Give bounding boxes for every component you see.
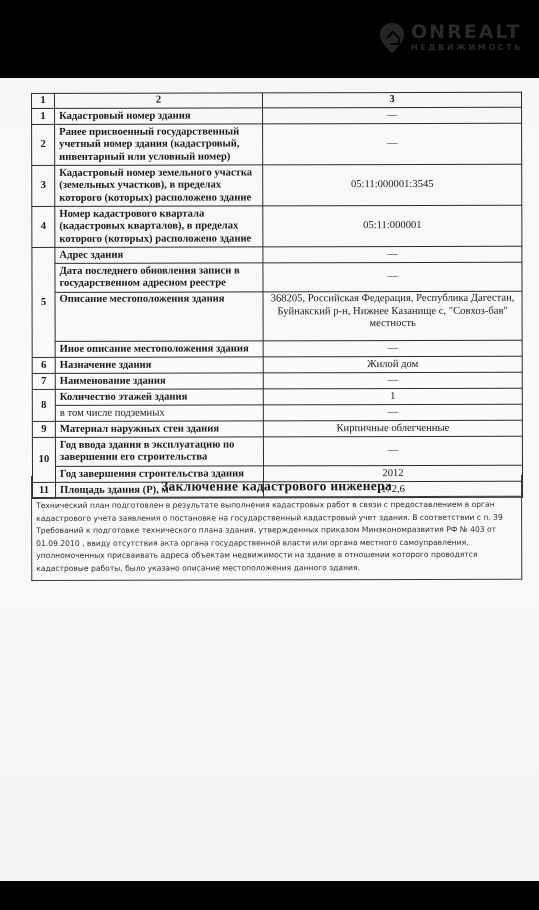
watermark-brand: ONREALT	[411, 22, 523, 42]
row-number: 2	[32, 125, 55, 166]
row-number: 9	[32, 422, 55, 438]
table-row: 9Материал наружных стен зданияКирпичные …	[32, 421, 522, 438]
table-row: 8Количество этажей здания1	[32, 389, 522, 406]
row-number: 4	[32, 207, 55, 248]
row-label: в том числе подземных	[55, 405, 263, 422]
row-label: Наименование здания	[55, 373, 263, 390]
row-label: Год ввода здания в эксплуатацию по завер…	[55, 437, 263, 467]
row-value: Кирпичные облегченные	[263, 421, 522, 438]
bleed-through-text	[60, 618, 63, 629]
row-value: —	[263, 263, 522, 293]
row-label: Кадастровый номер земельного участка (зе…	[55, 165, 263, 207]
row-label: Материал наружных стен здания	[55, 421, 263, 438]
table-row: Дата последнего обновления записи в госу…	[32, 263, 522, 293]
table-row: 1Кадастровый номер здания—	[32, 108, 522, 125]
row-label: Кадастровый номер здания	[55, 108, 263, 125]
row-value: —	[263, 405, 522, 422]
conclusion-title: Заключение кадастрового инженера	[32, 475, 521, 498]
watermark-logo: ONREALT НЕДВИЖИМОСТЬ	[379, 18, 523, 58]
row-value: —	[263, 108, 522, 125]
table-header-cell: 3	[263, 92, 522, 108]
row-label: Адрес здания	[55, 247, 263, 264]
table-row: 4Номер кадастрового квартала (кадастровы…	[32, 206, 522, 248]
row-value: —	[263, 373, 522, 390]
row-label: Ранее присвоенный государственный учетны…	[55, 124, 263, 166]
document-page: 1231Кадастровый номер здания—2Ранее прис…	[0, 78, 539, 881]
bottom-bar	[0, 881, 539, 910]
table-row: 7Наименование здания—	[32, 373, 522, 390]
row-label: Количество этажей здания	[55, 389, 263, 406]
row-value: 368205, Российская Федерация, Республика…	[263, 292, 522, 342]
building-data-table: 1231Кадастровый номер здания—2Ранее прис…	[31, 92, 523, 500]
house-pin-icon	[379, 22, 405, 54]
table-row: 6Назначение зданияЖилой дом	[32, 357, 522, 374]
top-bar: ONREALT НЕДВИЖИМОСТЬ	[0, 0, 539, 78]
row-value: —	[263, 124, 522, 166]
row-number: 3	[32, 166, 55, 207]
table-row: в том числе подземных—	[32, 405, 522, 422]
row-value: 1	[263, 389, 522, 406]
conclusion-section: Заключение кадастрового инженера Техниче…	[31, 475, 522, 581]
row-number: 1	[32, 109, 55, 125]
row-number: 8	[32, 390, 55, 422]
table-row: 10Год ввода здания в эксплуатацию по зав…	[32, 437, 522, 467]
table-row: 3Кадастровый номер земельного участка (з…	[32, 165, 522, 207]
row-value: —	[263, 247, 522, 264]
row-label: Описание местоположения здания	[55, 292, 263, 342]
table-row: 2Ранее присвоенный государственный учетн…	[32, 124, 522, 166]
row-value: —	[263, 437, 522, 467]
table-row: Иное описание местоположения здания—	[32, 341, 522, 358]
table-header-cell: 1	[32, 93, 55, 108]
row-label: Номер кадастрового квартала (кадастровых…	[55, 206, 263, 248]
table-header-row: 123	[32, 92, 522, 109]
conclusion-text: Технический план подготовлен в результат…	[32, 497, 521, 578]
table-row: Описание местоположения здания368205, Ро…	[32, 292, 522, 342]
table-header-cell: 2	[55, 93, 263, 109]
row-value: Жилой дом	[263, 357, 522, 374]
row-number: 7	[32, 374, 55, 390]
row-number: 5	[32, 248, 55, 358]
row-label: Иное описание местоположения здания	[55, 341, 263, 358]
watermark-subtitle: НЕДВИЖИМОСТЬ	[411, 42, 523, 54]
table-row: 5Адрес здания—	[32, 247, 522, 264]
row-value: 05:11:000001:3545	[263, 165, 522, 207]
row-label: Назначение здания	[55, 357, 263, 374]
row-number: 6	[32, 358, 55, 374]
row-value: —	[263, 341, 522, 358]
row-label: Дата последнего обновления записи в госу…	[55, 263, 263, 293]
row-value: 05:11:000001	[263, 206, 522, 248]
